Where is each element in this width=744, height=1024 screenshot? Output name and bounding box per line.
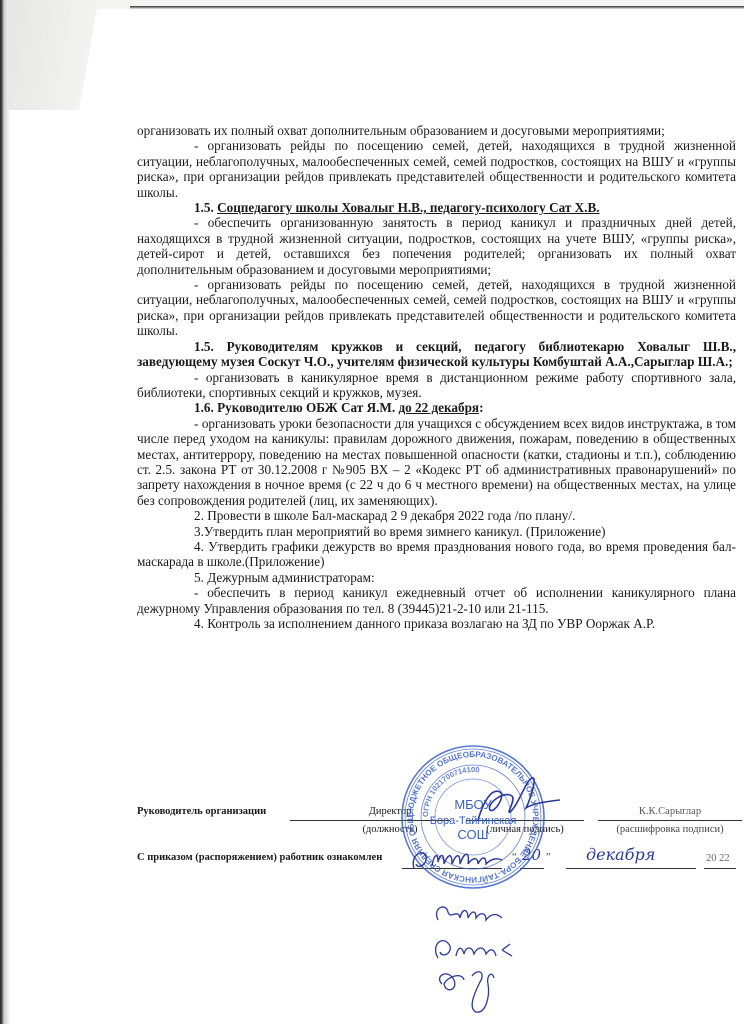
date-year: 20 22 [706, 853, 730, 864]
paragraph-p10: 2. Провести в школе Бал-маскарад 2 9 дек… [137, 508, 736, 523]
paragraph-p2: - организовать рейды по посещению семей,… [137, 138, 736, 200]
paragraph-p6: 1.5. Руководителям кружков и секций, пед… [137, 339, 736, 370]
text-segment: - обеспечить организованную занятость в … [137, 215, 736, 276]
text-segment: - организовать уроки безопасности для уч… [137, 416, 736, 508]
director-signature-icon [470, 770, 580, 830]
date-year-line [704, 868, 736, 869]
text-segment: - обеспечить в период каникул ежедневный… [137, 585, 736, 615]
text-segment: 5. Дежурным администраторам: [194, 570, 375, 585]
scan-top-edge [130, 6, 744, 9]
paragraph-p1: организовать их полный охват дополнитель… [137, 123, 736, 138]
text-segment: - организовать рейды по посещению семей,… [137, 277, 736, 338]
paragraph-p4: - обеспечить организованную занятость в … [137, 215, 736, 277]
paragraph-p11: 3.Утвердить план мероприятий во время зи… [137, 524, 736, 539]
paragraph-p3: 1.5. Соцпедагогу школы Ховалыг Н.В., пед… [137, 200, 736, 215]
text-segment: 1.5. Руководителям кружков и секций, пед… [137, 339, 736, 369]
name-caption: (расшифровка подписи) [598, 824, 742, 835]
paragraph-p15: 4. Контроль за исполнением данного прика… [137, 616, 736, 631]
text-segment: Соцпедагогу школы Ховалыг Н.В., педагогу… [217, 200, 599, 215]
text-segment: 1.5. [194, 200, 217, 215]
text-segment: : [479, 400, 483, 415]
name-line [598, 820, 742, 821]
text-segment: 4. Утвердить графики дежурств во время п… [137, 539, 736, 569]
text-segment: до 22 декабря [398, 400, 479, 415]
text-segment: 4. Контроль за исполнением данного прика… [194, 616, 655, 631]
date-month: декабря [586, 845, 655, 864]
paragraph-p8: 1.6. Руководителю ОБЖ Сат Я.М. до 22 дек… [137, 400, 736, 415]
staff-signatures-icon [428, 898, 538, 1018]
acknowledged-label: С приказом (распоряжением) работник озна… [137, 852, 382, 863]
head-label: Руководитель организации [137, 806, 266, 817]
text-segment: 2. Провести в школе Бал-маскарад 2 9 дек… [194, 508, 575, 523]
scan-edge [0, 0, 8, 1024]
date-month-line [566, 868, 696, 869]
text-segment: - организовать в каникулярное время в ди… [137, 370, 736, 400]
paragraph-p9: - организовать уроки безопасности для уч… [137, 416, 736, 508]
paragraph-p5: - организовать рейды по посещению семей,… [137, 277, 736, 339]
paragraph-p7: - организовать в каникулярное время в ди… [137, 370, 736, 401]
text-segment: 3.Утвердить план мероприятий во время зи… [194, 524, 605, 539]
text-segment: - организовать рейды по посещению семей,… [137, 138, 736, 199]
paragraph-p14: - обеспечить в период каникул ежедневный… [137, 585, 736, 616]
paragraph-p12: 4. Утвердить графики дежурств во время п… [137, 539, 736, 570]
name-value: К.К.Сарыглар [598, 806, 742, 817]
text-segment: организовать их полный охват дополнитель… [137, 123, 665, 138]
page-fold [8, 0, 138, 110]
paragraph-p13: 5. Дежурным администраторам: [137, 570, 736, 585]
ooржак-signature-icon [408, 842, 508, 876]
document-body: организовать их полный охват дополнитель… [137, 123, 736, 631]
text-segment: 1.6. Руководителю ОБЖ Сат Я.М. [194, 400, 398, 415]
